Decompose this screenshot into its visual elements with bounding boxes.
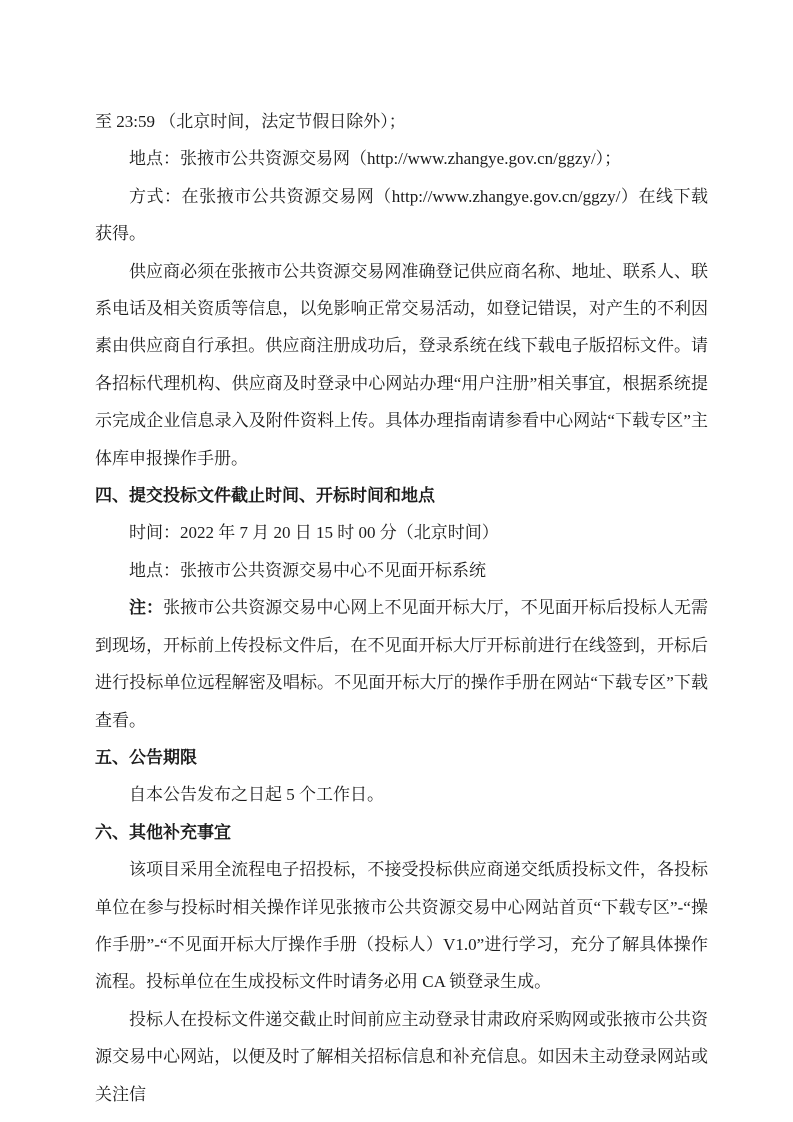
paragraph-text: 五、公告期限	[95, 748, 197, 767]
paragraph-text: 方式：在张掖市公共资源交易网（http://www.zhangye.gov.cn…	[95, 187, 708, 243]
paragraph-text: 地点：张掖市公共资源交易网（http://www.zhangye.gov.cn/…	[129, 149, 621, 168]
document-paragraph: 时间：2022 年 7 月 20 日 15 时 00 分（北京时间）	[95, 514, 708, 551]
section-heading: 六、其他补充事宜	[95, 814, 708, 851]
paragraph-text: 该项目采用全流程电子招投标，不接受投标供应商递交纸质投标文件，各投标单位在参与投…	[95, 860, 708, 991]
document-paragraph: 投标人在投标文件递交截止时间前应主动登录甘肃政府采购网或张掖市公共资源交易中心网…	[95, 1001, 708, 1113]
section-heading: 四、提交投标文件截止时间、开标时间和地点	[95, 477, 708, 514]
paragraph-text: 四、提交投标文件截止时间、开标时间和地点	[95, 486, 435, 505]
paragraph-text: 投标人在投标文件递交截止时间前应主动登录甘肃政府采购网或张掖市公共资源交易中心网…	[95, 1010, 708, 1104]
section-heading: 五、公告期限	[95, 739, 708, 776]
paragraph-text: 六、其他补充事宜	[95, 823, 231, 842]
document-paragraph: 地点：张掖市公共资源交易网（http://www.zhangye.gov.cn/…	[95, 140, 708, 177]
document-paragraph: 至 23:59 （北京时间，法定节假日除外）；	[95, 103, 708, 140]
document-paragraph: 该项目采用全流程电子招投标，不接受投标供应商递交纸质投标文件，各投标单位在参与投…	[95, 851, 708, 1001]
paragraph-text: 供应商必须在张掖市公共资源交易网准确登记供应商名称、地址、联系人、联系电话及相关…	[95, 262, 708, 468]
paragraph-text: 时间：2022 年 7 月 20 日 15 时 00 分（北京时间）	[129, 523, 499, 542]
document-paragraph: 方式：在张掖市公共资源交易网（http://www.zhangye.gov.cn…	[95, 178, 708, 253]
paragraph-text: 地点：张掖市公共资源交易中心不见面开标系统	[129, 561, 486, 580]
document-content: 至 23:59 （北京时间，法定节假日除外）；地点：张掖市公共资源交易网（htt…	[95, 103, 708, 1113]
document-page: 至 23:59 （北京时间，法定节假日除外）；地点：张掖市公共资源交易网（htt…	[0, 0, 793, 1122]
document-paragraph: 地点：张掖市公共资源交易中心不见面开标系统	[95, 552, 708, 589]
document-paragraph: 供应商必须在张掖市公共资源交易网准确登记供应商名称、地址、联系人、联系电话及相关…	[95, 253, 708, 477]
document-paragraph: 注：张掖市公共资源交易中心网上不见面开标大厅，不见面开标后投标人无需到现场，开标…	[95, 589, 708, 739]
paragraph-text: 张掖市公共资源交易中心网上不见面开标大厅，不见面开标后投标人无需到现场，开标前上…	[95, 598, 708, 729]
note-label: 注：	[129, 598, 163, 617]
document-paragraph: 自本公告发布之日起 5 个工作日。	[95, 776, 708, 813]
paragraph-text: 自本公告发布之日起 5 个工作日。	[129, 785, 384, 804]
paragraph-text: 至 23:59 （北京时间，法定节假日除外）；	[95, 112, 406, 131]
